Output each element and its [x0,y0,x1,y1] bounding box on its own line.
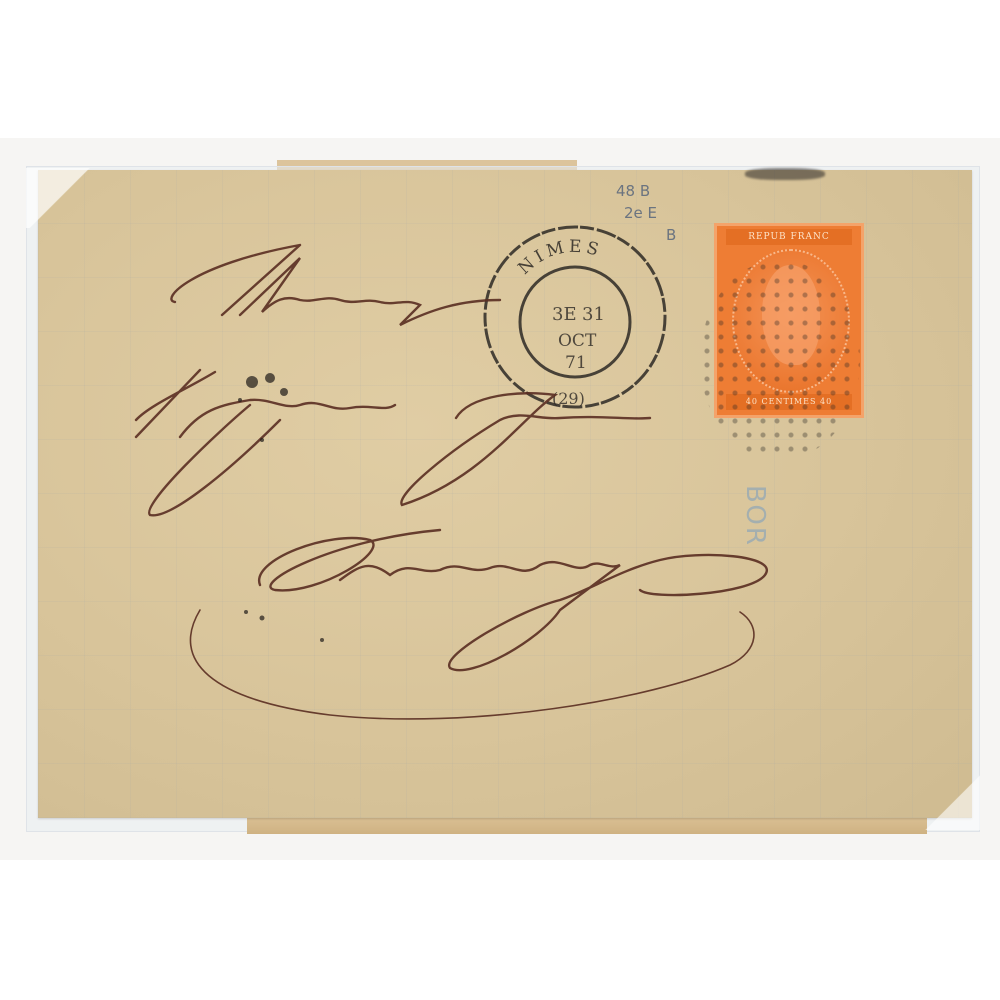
ink-blots [238,373,324,642]
handwritten-address [0,0,1000,1000]
letter-photo: 48 B 2e E B BOR REPUB FRANC 40 CENTIMES … [0,0,1000,1000]
